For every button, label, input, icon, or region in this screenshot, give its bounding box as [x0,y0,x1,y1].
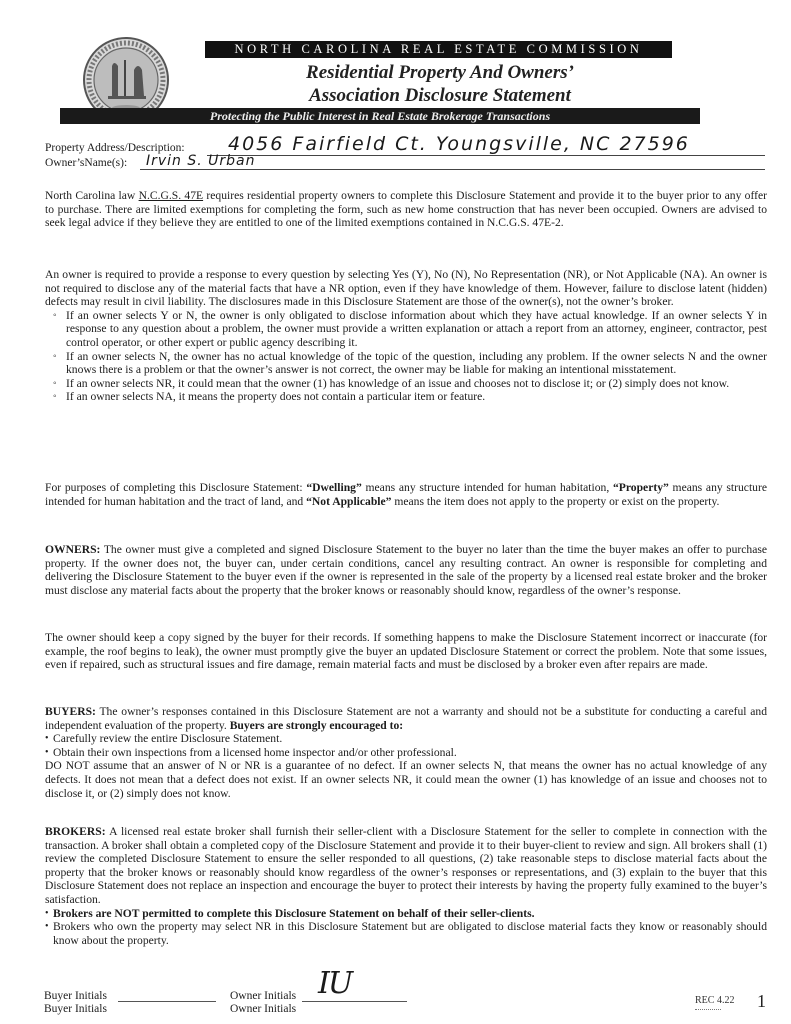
buyers-bullet: •Obtain their own inspections from a lic… [45,746,767,760]
response-bullet: ◦If an owner selects N, the owner has no… [45,350,767,377]
bullet-text: If an owner selects NA, it means the pro… [66,390,485,403]
bullet-text: Brokers who own the property may select … [53,920,767,947]
intro-text: North Carolina law [45,189,139,202]
tagline-banner: Protecting the Public Interest in Real E… [60,108,700,124]
bullet-icon: ◦ [53,390,57,404]
buyer-initials-field[interactable] [118,989,216,1002]
response-paragraph: An owner is required to provide a respon… [45,268,767,309]
bullet-text: Obtain their own inspections from a lice… [53,746,457,759]
bullet-icon: • [45,746,49,760]
term-not-applicable: “Not Applicable” [306,495,391,508]
buyer-initials-label: Buyer Initials [44,990,107,1002]
response-bullet: ◦If an owner selects Y or N, the owner i… [45,309,767,350]
buyers-encouraged: Buyers are strongly encouraged to: [230,719,403,732]
owner-name-row: Owner’sName(s): [45,157,127,169]
owner-name-value: Irvin S. Urban [146,153,256,169]
owner-name-label: Owner’sName(s): [45,157,127,169]
bullet-icon: • [45,920,49,934]
commission-banner: NORTH CAROLINA REAL ESTATE COMMISSION [205,41,672,58]
buyers-heading: BUYERS: [45,705,96,718]
brokers-heading: BROKERS: [45,825,106,838]
response-section: An owner is required to provide a respon… [45,268,767,404]
brokers-section: BROKERS: A licensed real estate broker s… [45,825,767,947]
disclosure-page: NORTH CAROLINA REAL ESTATE COMMISSION Re… [0,0,791,1024]
response-bullet: ◦If an owner selects NA, it means the pr… [45,390,767,404]
term-dwelling: “Dwelling” [306,481,361,494]
definitions-text: For purposes of completing this Disclosu… [45,481,306,494]
property-address-value: 4056 Fairfield Ct. Youngsville, NC 27596 [228,133,690,155]
owner-initials-label-2: Owner Initials [230,1003,296,1015]
response-bullet: ◦If an owner selects NR, it could mean t… [45,377,767,391]
form-code-underline [695,1009,721,1010]
keep-copy-paragraph: The owner should keep a copy signed by t… [45,631,767,672]
bullet-text: If an owner selects NR, it could mean th… [66,377,729,390]
owners-paragraph: OWNERS: The owner must give a completed … [45,543,767,597]
page-number: 1 [757,991,766,1012]
bullet-icon: • [45,732,49,746]
bullet-icon: ◦ [53,350,57,364]
buyers-bullet: •Carefully review the entire Disclosure … [45,732,767,746]
owner-initials-signature: IU [318,966,351,1001]
owner-initials-label: Owner Initials [230,990,296,1002]
bullet-icon: ◦ [53,377,57,391]
bullet-icon: • [45,907,49,921]
buyers-warning: DO NOT assume that an answer of N or NR … [45,759,767,800]
statute-link[interactable]: N.C.G.S. 47E [139,189,204,202]
brokers-bullet: •Brokers are NOT permitted to complete t… [45,907,767,921]
intro-paragraph: North Carolina law N.C.G.S. 47E requires… [45,189,767,230]
buyers-section: BUYERS: The owner’s responses contained … [45,705,767,800]
bullet-text: Carefully review the entire Disclosure S… [53,732,282,745]
brokers-text: A licensed real estate broker shall furn… [45,825,767,906]
bullet-icon: ◦ [53,309,57,323]
definitions-text: means any structure intended for human h… [362,481,613,494]
bullet-text: If an owner selects Y or N, the owner is… [66,309,767,349]
owners-heading: OWNERS: [45,543,100,556]
term-property: “Property” [613,481,669,494]
definitions-paragraph: For purposes of completing this Disclosu… [45,481,767,508]
buyer-initials-label-2: Buyer Initials [44,1003,107,1015]
bullet-text: Brokers are NOT permitted to complete th… [53,907,535,920]
form-title-line1: Residential Property And Owners’ [205,62,675,84]
buyers-text: The owner’s responses contained in this … [45,705,767,732]
owners-text: The owner must give a completed and sign… [45,543,767,597]
form-title-line2: Association Disclosure Statement [205,85,675,107]
definitions-text: means the item does not apply to the pro… [391,495,719,508]
bullet-text: If an owner selects N, the owner has no … [66,350,767,377]
brokers-bullet: •Brokers who own the property may select… [45,920,767,947]
form-code: REC 4.22 [695,995,734,1006]
